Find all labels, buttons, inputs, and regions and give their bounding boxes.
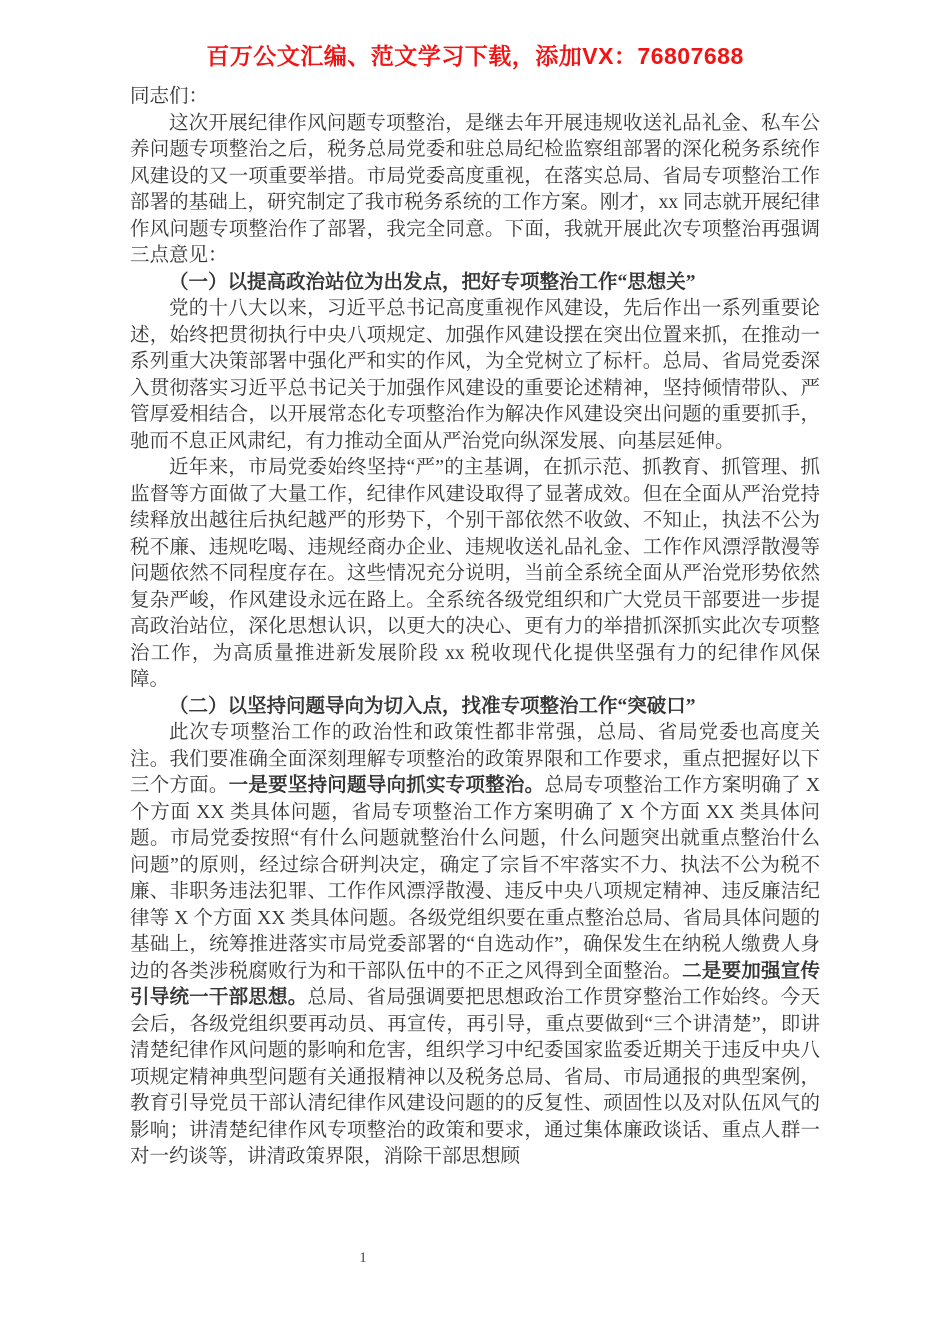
text-run: 总局专项整治工作方案明确了 X 个方面 XX 类具体问题，省局专项整治工作方案明… bbox=[130, 775, 820, 982]
document-body: 同志们：这次开展纪律作风问题专项整治，是继去年开展违规收送礼品礼金、私车公养问题… bbox=[130, 84, 820, 1171]
salutation: 同志们： bbox=[130, 84, 820, 111]
text-run: （一）以提高政治站位为出发点，把好专项整治工作“思想关” bbox=[169, 272, 696, 293]
text-run: 这次开展纪律作风问题专项整治，是继去年开展违规收送礼品礼金、私车公养问题专项整治… bbox=[130, 113, 820, 267]
page-number: 1 bbox=[338, 1249, 388, 1267]
promo-banner: 百万公文汇编、范文学习下载，添加VX：76807688 bbox=[0, 42, 950, 70]
text-run: 近年来，市局党委始终坚持“严”的主基调，在抓示范、抓教育、抓管理、抓监督等方面做… bbox=[130, 457, 820, 690]
text-run: 同志们： bbox=[130, 86, 208, 107]
section-heading: （二）以坚持问题导向为切入点，找准专项整治工作“突破口” bbox=[130, 694, 820, 721]
text-run: 党的十八大以来，习近平总书记高度重视作风建设，先后作出一系列重要论述，始终把贯彻… bbox=[130, 298, 820, 452]
paragraph: 党的十八大以来，习近平总书记高度重视作风建设，先后作出一系列重要论述，始终把贯彻… bbox=[130, 296, 820, 455]
text-run: 总局、省局强调要把思想政治工作贯穿整治工作始终。今天会后，各级党组织要再动员、再… bbox=[130, 987, 820, 1167]
paragraph: 近年来，市局党委始终坚持“严”的主基调，在抓示范、抓教育、抓管理、抓监督等方面做… bbox=[130, 455, 820, 694]
bold-text-run: 一是要坚持问题导向抓实专项整治。 bbox=[229, 775, 545, 796]
paragraph: 此次专项整治工作的政治性和政策性都非常强，总局、省局党委也高度关注。我们要准确全… bbox=[130, 720, 820, 1171]
paragraph: 这次开展纪律作风问题专项整治，是继去年开展违规收送礼品礼金、私车公养问题专项整治… bbox=[130, 111, 820, 270]
text-run: （二）以坚持问题导向为切入点，找准专项整治工作“突破口” bbox=[169, 696, 696, 717]
document-page: 百万公文汇编、范文学习下载，添加VX：76807688 同志们：这次开展纪律作风… bbox=[0, 0, 950, 1344]
section-heading: （一）以提高政治站位为出发点，把好专项整治工作“思想关” bbox=[130, 270, 820, 297]
